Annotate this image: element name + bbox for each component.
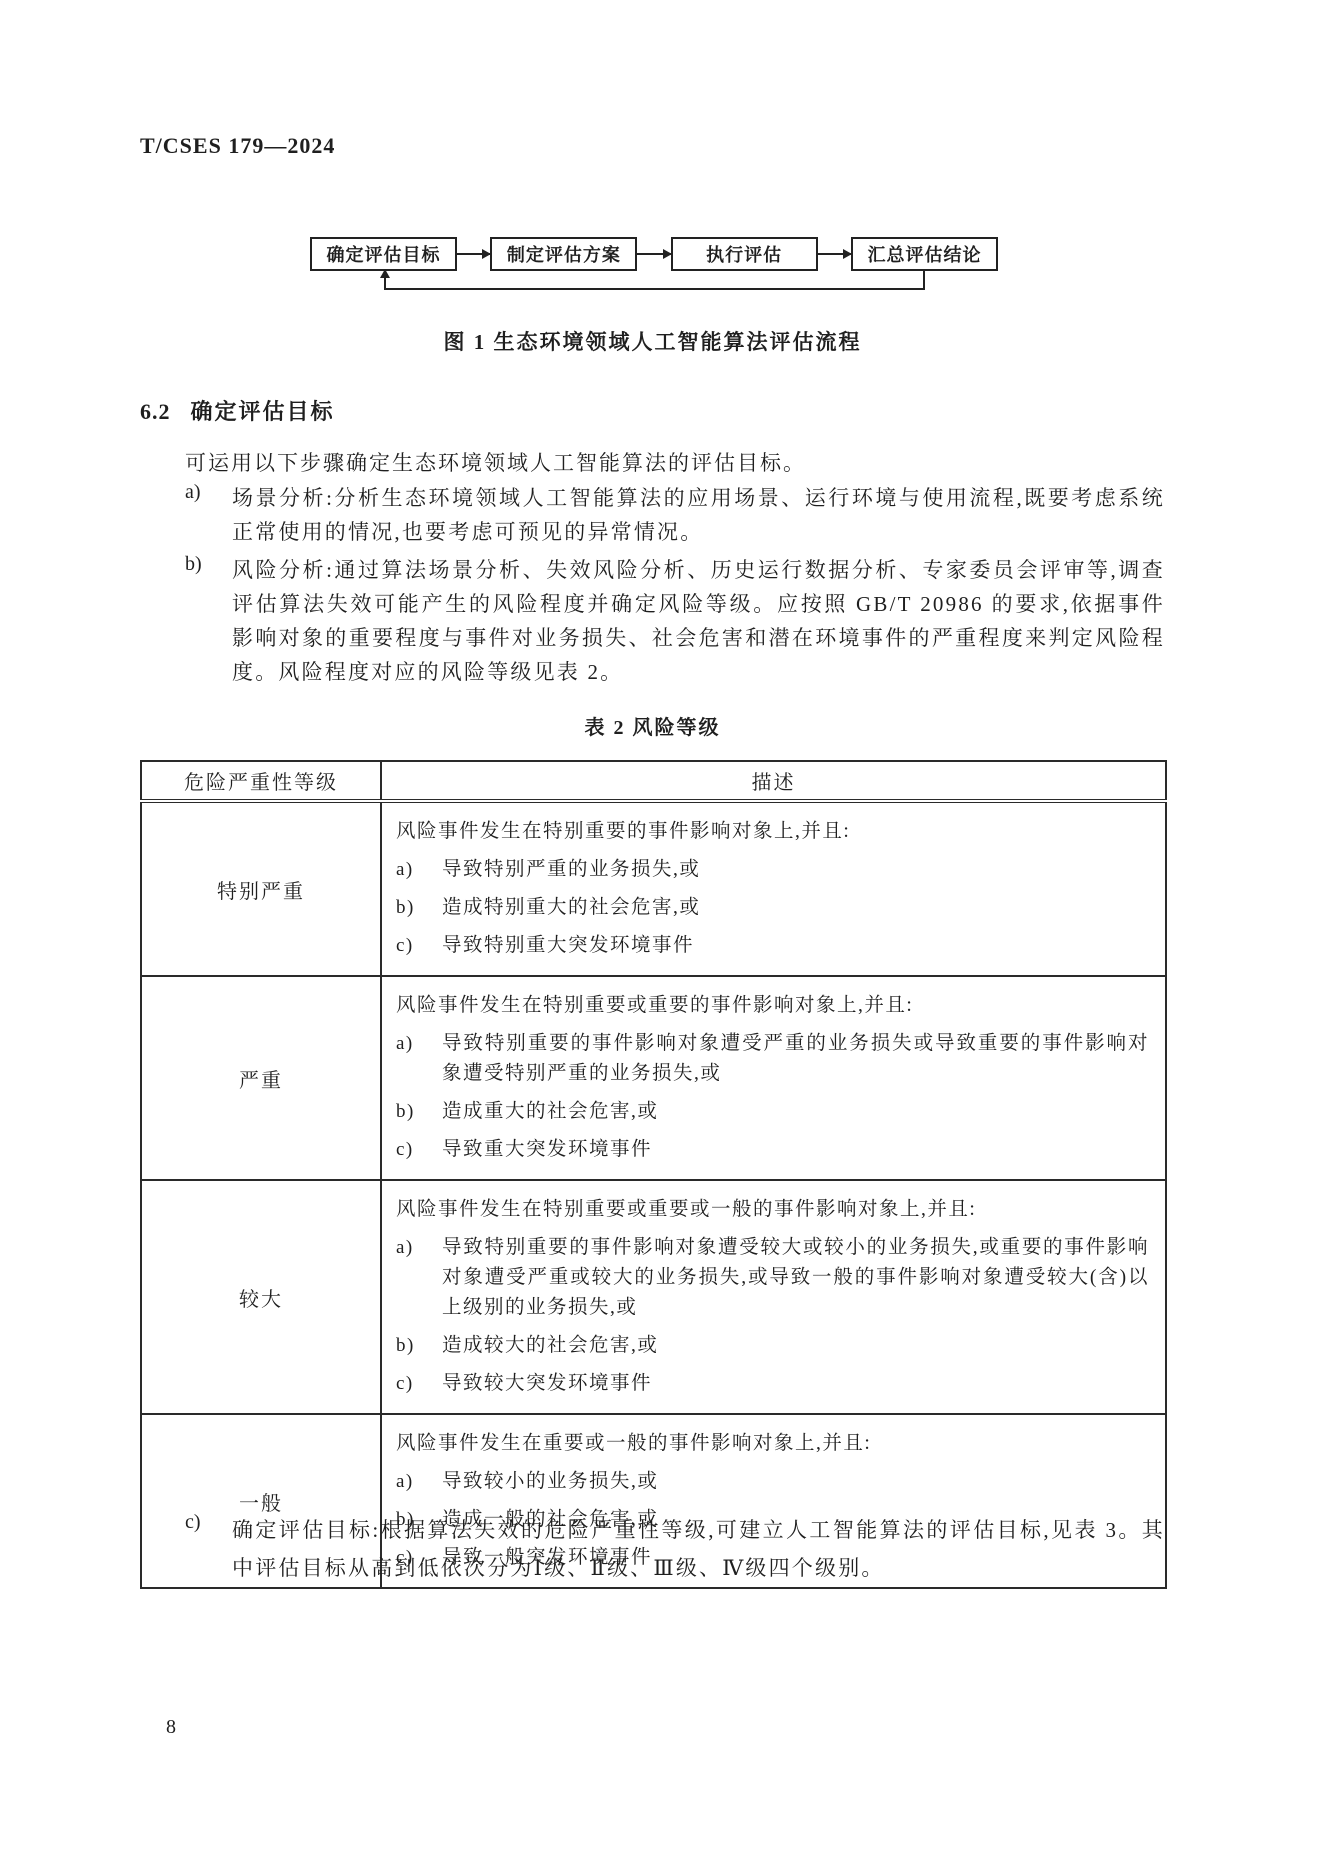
list-item-text: 确定评估目标:根据算法失效的危险严重性等级,可建立人工智能算法的评估目标,见表 … [232,1511,1165,1587]
table-row: 特别严重 风险事件发生在特别重要的事件影响对象上,并且: a)导致特别严重的业务… [141,801,1166,976]
section-title: 确定评估目标 [191,399,335,424]
desc-item-text: 造成重大的社会危害,或 [442,1097,1149,1127]
desc-item: a)导致较小的业务损失,或 [396,1467,1149,1497]
doc-code: T/CSES 179—2024 [140,133,335,159]
list-item: b) 风险分析:通过算法场景分析、失效风险分析、历史运行数据分析、专家委员会评审… [185,553,1165,689]
desc-item: b)造成特别重大的社会危害,或 [396,893,1149,923]
desc-intro: 风险事件发生在特别重要或重要的事件影响对象上,并且: [396,991,1149,1021]
page-number: 8 [166,1716,176,1739]
list-item-text: 场景分析:分析生态环境领域人工智能算法的应用场景、运行环境与使用流程,既要考虑系… [232,481,1165,549]
desc-item-label: c) [396,931,442,961]
desc-item-label: a) [396,855,442,885]
flow-step-box: 确定评估目标 [310,237,457,271]
desc-item: a)导致特别重要的事件影响对象遭受较大或较小的业务损失,或重要的事件影响对象遭受… [396,1233,1149,1323]
table-title: 表 2 风险等级 [140,711,1165,740]
desc-item-label: a) [396,1467,442,1497]
description-cell: 风险事件发生在特别重要的事件影响对象上,并且: a)导致特别严重的业务损失,或 … [381,801,1166,976]
feedback-line-bottom [384,288,925,290]
desc-item: c)导致较大突发环境事件 [396,1369,1149,1399]
feedback-line-left [384,277,386,290]
desc-item: c)导致特别重大突发环境事件 [396,931,1149,961]
figure-caption: 图 1 生态环境领域人工智能算法评估流程 [140,326,1165,356]
desc-item-text: 导致特别重要的事件影响对象遭受严重的业务损失或导致重要的事件影响对象遭受特别严重… [442,1029,1149,1089]
desc-item-label: a) [396,1029,442,1089]
desc-item-text: 导致特别重要的事件影响对象遭受较大或较小的业务损失,或重要的事件影响对象遭受严重… [442,1233,1149,1323]
desc-item: b)造成重大的社会危害,或 [396,1097,1149,1127]
desc-intro: 风险事件发生在重要或一般的事件影响对象上,并且: [396,1429,1149,1459]
level-cell: 严重 [141,976,381,1180]
description-cell: 风险事件发生在特别重要或重要的事件影响对象上,并且: a)导致特别重要的事件影响… [381,976,1166,1180]
risk-table: 危险严重性等级 描述 特别严重 风险事件发生在特别重要的事件影响对象上,并且: … [140,760,1167,1589]
desc-item: b)造成较大的社会危害,或 [396,1331,1149,1361]
desc-item-text: 造成较大的社会危害,或 [442,1331,1149,1361]
section-heading: 6.2确定评估目标 [140,395,335,426]
column-header-level: 危险严重性等级 [141,761,381,801]
table-row: 较大 风险事件发生在特别重要或重要或一般的事件影响对象上,并且: a)导致特别重… [141,1180,1166,1414]
desc-item: a)导致特别严重的业务损失,或 [396,855,1149,885]
desc-item-label: b) [396,1331,442,1361]
list-item-label: a) [185,481,201,504]
evaluation-flowchart: 确定评估目标 制定评估方案 执行评估 汇总评估结论 [310,237,998,271]
desc-item-text: 导致特别重大突发环境事件 [442,931,1149,961]
flow-arrow-icon [818,253,851,255]
table-header-row: 危险严重性等级 描述 [141,761,1166,801]
column-header-desc: 描述 [381,761,1166,801]
document-page: T/CSES 179—2024 确定评估目标 制定评估方案 执行评估 汇总评估结… [0,0,1323,1871]
desc-item-text: 导致较小的业务损失,或 [442,1467,1149,1497]
desc-item-text: 导致特别严重的业务损失,或 [442,855,1149,885]
desc-intro: 风险事件发生在特别重要或重要或一般的事件影响对象上,并且: [396,1195,1149,1225]
table-row: 严重 风险事件发生在特别重要或重要的事件影响对象上,并且: a)导致特别重要的事… [141,976,1166,1180]
flow-step-box: 汇总评估结论 [851,237,998,271]
desc-item-label: c) [396,1135,442,1165]
list-item: a) 场景分析:分析生态环境领域人工智能算法的应用场景、运行环境与使用流程,既要… [185,481,1165,549]
desc-item: a)导致特别重要的事件影响对象遭受严重的业务损失或导致重要的事件影响对象遭受特别… [396,1029,1149,1089]
flow-step-box: 执行评估 [671,237,818,271]
desc-intro: 风险事件发生在特别重要的事件影响对象上,并且: [396,817,1149,847]
flow-arrow-icon [637,253,670,255]
desc-item-label: a) [396,1233,442,1323]
description-cell: 风险事件发生在特别重要或重要或一般的事件影响对象上,并且: a)导致特别重要的事… [381,1180,1166,1414]
paragraph: 可运用以下步骤确定生态环境领域人工智能算法的评估目标。 [185,447,806,477]
desc-item-text: 造成特别重大的社会危害,或 [442,893,1149,923]
desc-item-label: b) [396,893,442,923]
desc-item-text: 导致重大突发环境事件 [442,1135,1149,1165]
list-item-label: c) [185,1511,201,1534]
list-item-label: b) [185,553,202,576]
flow-arrow-icon [457,253,490,255]
feedback-arrowhead-icon [380,269,390,278]
section-number: 6.2 [140,399,171,424]
desc-item: c)导致重大突发环境事件 [396,1135,1149,1165]
level-cell: 较大 [141,1180,381,1414]
list-item: c) 确定评估目标:根据算法失效的危险严重性等级,可建立人工智能算法的评估目标,… [185,1511,1165,1587]
desc-item-label: b) [396,1097,442,1127]
flow-step-box: 制定评估方案 [490,237,637,271]
desc-item-text: 导致较大突发环境事件 [442,1369,1149,1399]
level-cell: 特别严重 [141,801,381,976]
desc-item-label: c) [396,1369,442,1399]
list-item-text: 风险分析:通过算法场景分析、失效风险分析、历史运行数据分析、专家委员会评审等,调… [232,553,1165,689]
